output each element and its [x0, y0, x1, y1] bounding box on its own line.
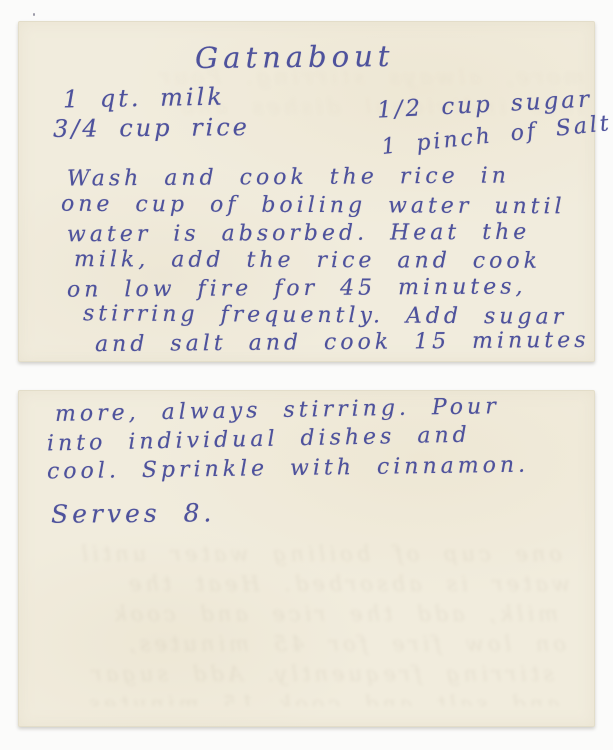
instruction-line: one cup of boiling water until	[61, 192, 566, 220]
bleedthrough-line: on low fire for 45 minutes,	[41, 629, 566, 659]
instruction-line: Wash and cook the rice in	[67, 163, 510, 191]
serves-line: Serves 8.	[51, 498, 216, 528]
stray-ink-dot	[33, 13, 35, 16]
instruction-line: stirring frequently. Add sugar	[83, 301, 567, 329]
ink-bleedthrough-back: one cup of boiling water until water is …	[41, 539, 576, 706]
instruction-line: milk, add the rice and cook	[74, 247, 541, 274]
instruction-line: cool. Sprinkle with cinnamon.	[47, 453, 529, 485]
bleedthrough-line: stirring frequently. Add sugar	[41, 659, 554, 689]
recipe-title: Gatnabout	[195, 39, 395, 75]
scanned-recipe-cards: { "document": { "kind": "handwritten rec…	[0, 0, 613, 750]
recipe-card-back: more, always stirring. Pour into individ…	[18, 390, 595, 727]
bleedthrough-line: one cup of boiling water until	[41, 539, 562, 569]
bleedthrough-line: water is absorbed. Heat the	[41, 569, 570, 599]
instruction-line: and salt and cook 15 minutes	[95, 328, 590, 357]
ingredient-milk: 1 qt. milk	[63, 83, 225, 114]
instruction-line: into individual dishes and	[47, 423, 471, 457]
recipe-card-front: more, always stirring. Pour into individ…	[18, 21, 595, 362]
instruction-line: more, always stirring. Pour	[55, 394, 500, 427]
instruction-line: on low fire for 45 minutes,	[67, 274, 527, 302]
bleedthrough-line: milk, add the rice and cook	[41, 599, 558, 629]
ingredient-rice: 3/4 cup rice	[53, 113, 250, 143]
instruction-line: water is absorbed. Heat the	[67, 220, 530, 247]
bleedthrough-line: and salt and cook 15 minutes	[41, 689, 560, 706]
